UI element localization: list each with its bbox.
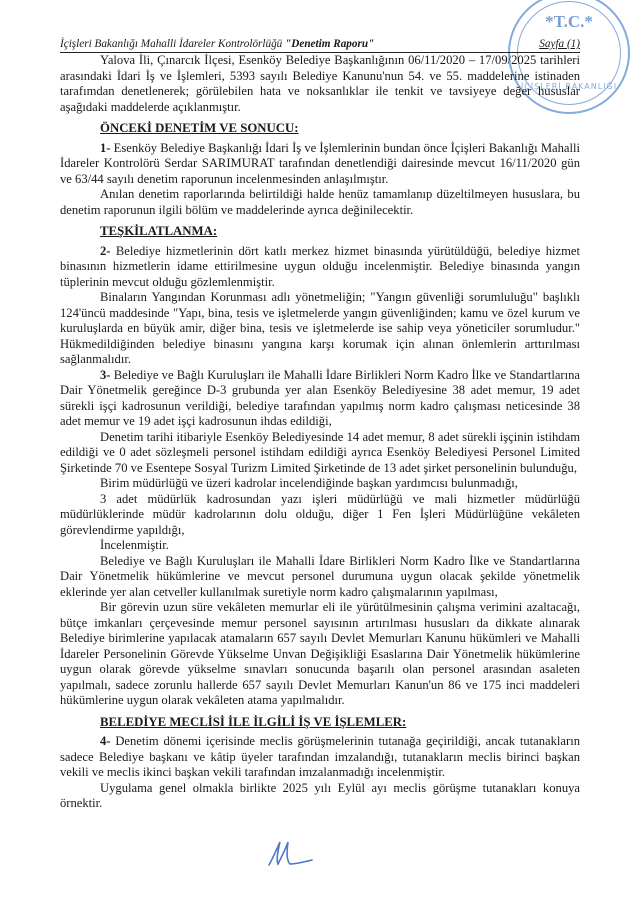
paragraph-text: Belediye hizmetlerinin dört katlı merkez…	[60, 244, 580, 289]
paragraph: Bir görevin uzun süre vekâleten memurlar…	[60, 600, 580, 709]
paragraph: Belediye ve Bağlı Kuruluşları ile Mahall…	[60, 554, 580, 601]
section-heading-organization: TEŞKİLATLANMA:	[100, 224, 580, 240]
paragraph: Binaların Yangından Korunması adlı yönet…	[60, 290, 580, 368]
stamp-tc-text: *T.C.*	[510, 12, 628, 32]
paragraph: Denetim tarihi itibariyle Esenköy Beledi…	[60, 430, 580, 477]
item-4-paragraph: 4- Denetim dönemi içerisinde meclis görü…	[60, 734, 580, 781]
item-2-paragraph: 2- Belediye hizmetlerinin dört katlı mer…	[60, 244, 580, 291]
paragraph: İncelenmiştir.	[60, 538, 580, 554]
document-page: *T.C.* İÇİŞLERİ BAKANLIĞI İçişleri Bakan…	[0, 0, 631, 900]
report-title: "Denetim Raporu"	[285, 38, 374, 50]
header-prefix: İçişleri Bakanlığı Mahalli İdareler Kont…	[60, 38, 285, 50]
paragraph-text: Esenköy Belediye Başkanlığı İdari İş ve …	[60, 141, 580, 186]
item-1-paragraph: 1- Esenköy Belediye Başkanlığı İdari İş …	[60, 141, 580, 188]
document-body: Yalova İli, Çınarcık İlçesi, Esenköy Bel…	[60, 53, 580, 812]
section-heading-council: BELEDİYE MECLİSİ İLE İLGİLİ İŞ VE İŞLEML…	[100, 715, 580, 731]
paragraph-text: Denetim dönemi içerisinde meclis görüşme…	[60, 734, 580, 779]
paragraph: 3 adet müdürlük kadrosundan yazı işleri …	[60, 492, 580, 539]
signature-icon	[266, 838, 316, 868]
paragraph: Birim müdürlüğü ve üzeri kadrolar incele…	[60, 476, 580, 492]
paragraph-text: Belediye ve Bağlı Kuruluşları ile Mahall…	[60, 368, 580, 429]
section-heading-previous-audit: ÖNCEKİ DENETİM VE SONUCU:	[100, 121, 580, 137]
item-3-paragraph: 3- Belediye ve Bağlı Kuruluşları ile Mah…	[60, 368, 580, 430]
page-header: İçişleri Bakanlığı Mahalli İdareler Kont…	[60, 38, 580, 53]
item-number: 4-	[100, 734, 111, 748]
page-number: Sayfa (1)	[539, 38, 580, 51]
paragraph: Anılan denetim raporlarında belirtildiği…	[60, 187, 580, 218]
intro-paragraph: Yalova İli, Çınarcık İlçesi, Esenköy Bel…	[60, 53, 580, 115]
paragraph: Uygulama genel olmakla birlikte 2025 yıl…	[60, 781, 580, 812]
item-number: 2-	[100, 244, 111, 258]
item-number: 3-	[100, 368, 111, 382]
item-number: 1-	[100, 141, 111, 155]
